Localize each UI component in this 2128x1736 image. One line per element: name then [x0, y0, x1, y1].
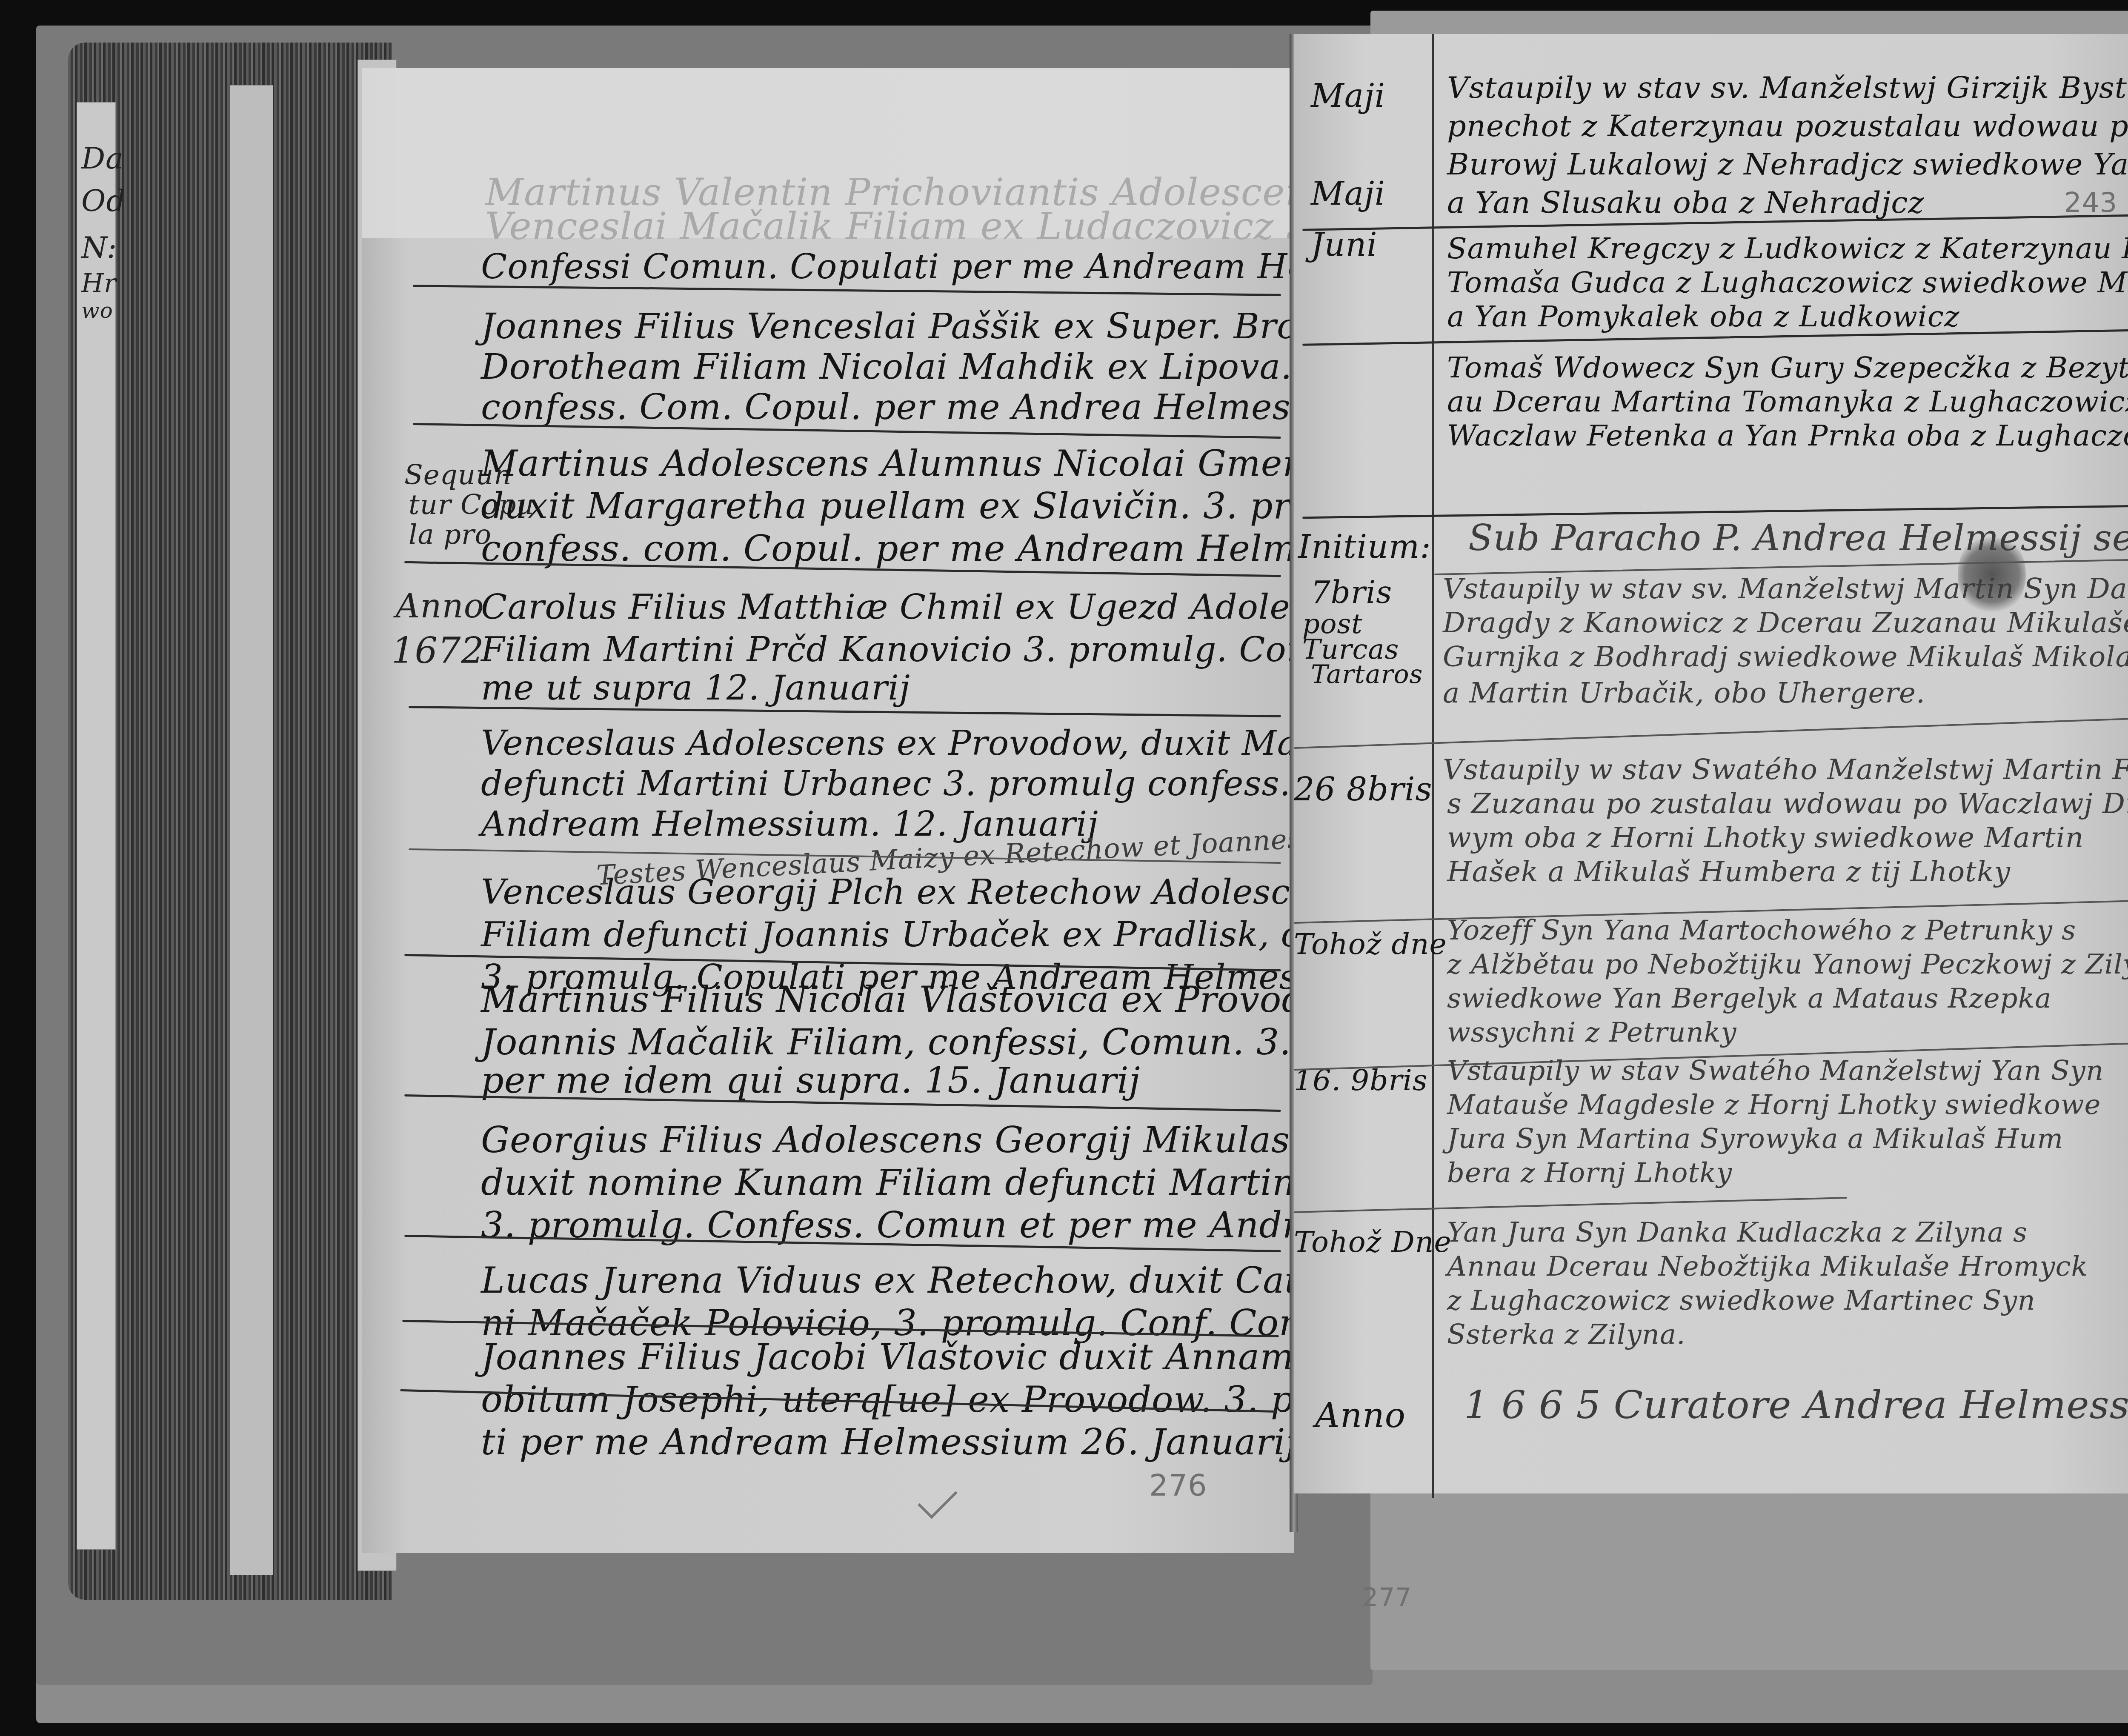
entry-line: a Martin Urbačik, obo Uhergere. [1443, 677, 1925, 709]
entry-line: Yozeff Syn Yana Martochowého z Petrunky … [1447, 915, 2076, 946]
date-cell: Juni [1311, 226, 1378, 263]
margin-year: 1672 [392, 630, 484, 671]
edge-fragment: wo [81, 298, 113, 323]
entry-line: ti per me Andream Helmessium 26. Januari… [481, 1421, 1297, 1463]
entry-line: Tomaša Gudca z Lughaczowicz swiedkowe Mi… [1447, 266, 2128, 300]
entry-line: Hašek a Mikulaš Humbera z tij Lhotky [1447, 855, 2011, 888]
edge-fragment: Od [81, 183, 126, 218]
entry-line: Waczlaw Fetenka a Yan Prnka oba z Lughac… [1447, 419, 2128, 453]
entry-line: Samuhel Kregczy z Ludkowicz z Katerzynau… [1447, 232, 2128, 266]
entry-line: z Alžbětau po Nebožtijku Yanowj Peczkowj… [1447, 949, 2128, 980]
date-cell: Tohož dne [1294, 928, 1447, 961]
folio-number: 243 [2064, 187, 2117, 219]
entry-line: Andream Helmessium. 12. Januarij [481, 804, 1098, 844]
entry-line: a Yan Pomykalek oba z Ludkowicz [1447, 300, 1960, 334]
entry-line: Dragdy z Kanowicz z Dcerau Zuzanau Mikul… [1443, 606, 2128, 639]
entry-line: a Yan Slusaku oba z Nehradjcz [1447, 185, 1924, 220]
entry-line: Burowj Lukalowj z Nehradjcz swiedkowe Ya… [1447, 147, 2128, 182]
date-cell: Tohož Dne [1294, 1225, 1452, 1259]
entry-line: Vstaupily w stav sv. Manželstwj Martin S… [1443, 572, 2128, 605]
entry-line: Matauše Magdesle z Hornj Lhotky swiedkow… [1447, 1089, 2101, 1121]
entry-line: au Dcerau Martina Tomanyka z Lughaczowic… [1447, 385, 2128, 419]
margin-note: la pro [409, 519, 492, 551]
date-cell: Initium: [1298, 528, 1431, 565]
entry-line: Ssterka z Zilyna. [1447, 1319, 1686, 1351]
entry-line: Gurnjka z Bodhradj swiedkowe Mikulaš Mik… [1443, 640, 2128, 673]
date-cell: 26 8bris [1294, 770, 1433, 808]
page-number-left: 276 [1149, 1468, 1207, 1503]
entry-line: z Lughaczowicz swiedkowe Martinec Syn [1447, 1285, 2036, 1316]
date-cell: Tartaros [1311, 660, 1423, 689]
entry-line: Yan Jura Syn Danka Kudlaczka z Zilyna s [1447, 1217, 2028, 1248]
section-heading: Sub Paracho P. Andrea Helmessij sequente… [1468, 517, 2128, 559]
edge-fragment: N: [81, 230, 117, 265]
date-cell: 7bris [1311, 574, 1392, 610]
entry-line: wym oba z Horni Lhotky swiedkowe Martin [1447, 821, 2084, 854]
entry-line: s Zuzanau po zustalau wdowau po Waczlawj… [1447, 787, 2128, 820]
entry-line: Annau Dcerau Nebožtijka Mikulaše Hromyck [1447, 1251, 2088, 1282]
date-column-rule [1432, 34, 1434, 1498]
date-cell: Maji [1311, 77, 1385, 114]
edge-fragment: Hr [81, 268, 117, 298]
date-cell: Maji [1311, 174, 1385, 212]
entry-line: per me idem qui supra. 15. Januarij [481, 1059, 1141, 1101]
entry-line: pnechot z Katerzynau pozustalau wdowau p… [1447, 108, 2128, 143]
year-closing-line: 1 6 6 5 Curatore Andrea Helmess [1464, 1383, 2128, 1428]
entry-line: swiedkowe Yan Bergelyk a Mataus Rzepka [1447, 983, 2052, 1014]
entry-line: Vstaupily w stav Swatého Manželstwj Yan … [1447, 1055, 2104, 1087]
date-cell: Anno [1315, 1396, 1406, 1435]
edge-fragment: Da [81, 141, 124, 176]
entry-line: me ut supra 12. Januarij [481, 668, 910, 708]
entry-line: Jura Syn Martina Syrowyka a Mikulaš Hum [1447, 1123, 2063, 1155]
entry-line: Tomaš Wdowecz Syn Gury Szepecžka z Bezyt… [1447, 351, 2128, 385]
entry-line: Vstaupily w stav sv. Manželstwj Girzijk … [1447, 70, 2128, 105]
margin-year-label: Anno [396, 587, 484, 625]
entry-line: Vstaupily w stav Swatého Manželstwj Mart… [1443, 753, 2128, 786]
entry-line: bera z Hornj Lhotky [1447, 1157, 1732, 1189]
inserted-slip [230, 85, 273, 1575]
left-edge-tab-sheet: Da Od N: Hr wo [77, 102, 116, 1550]
page-number-right: 277 [1362, 1583, 1412, 1613]
entry-line: wssychni z Petrunky [1447, 1017, 1737, 1048]
